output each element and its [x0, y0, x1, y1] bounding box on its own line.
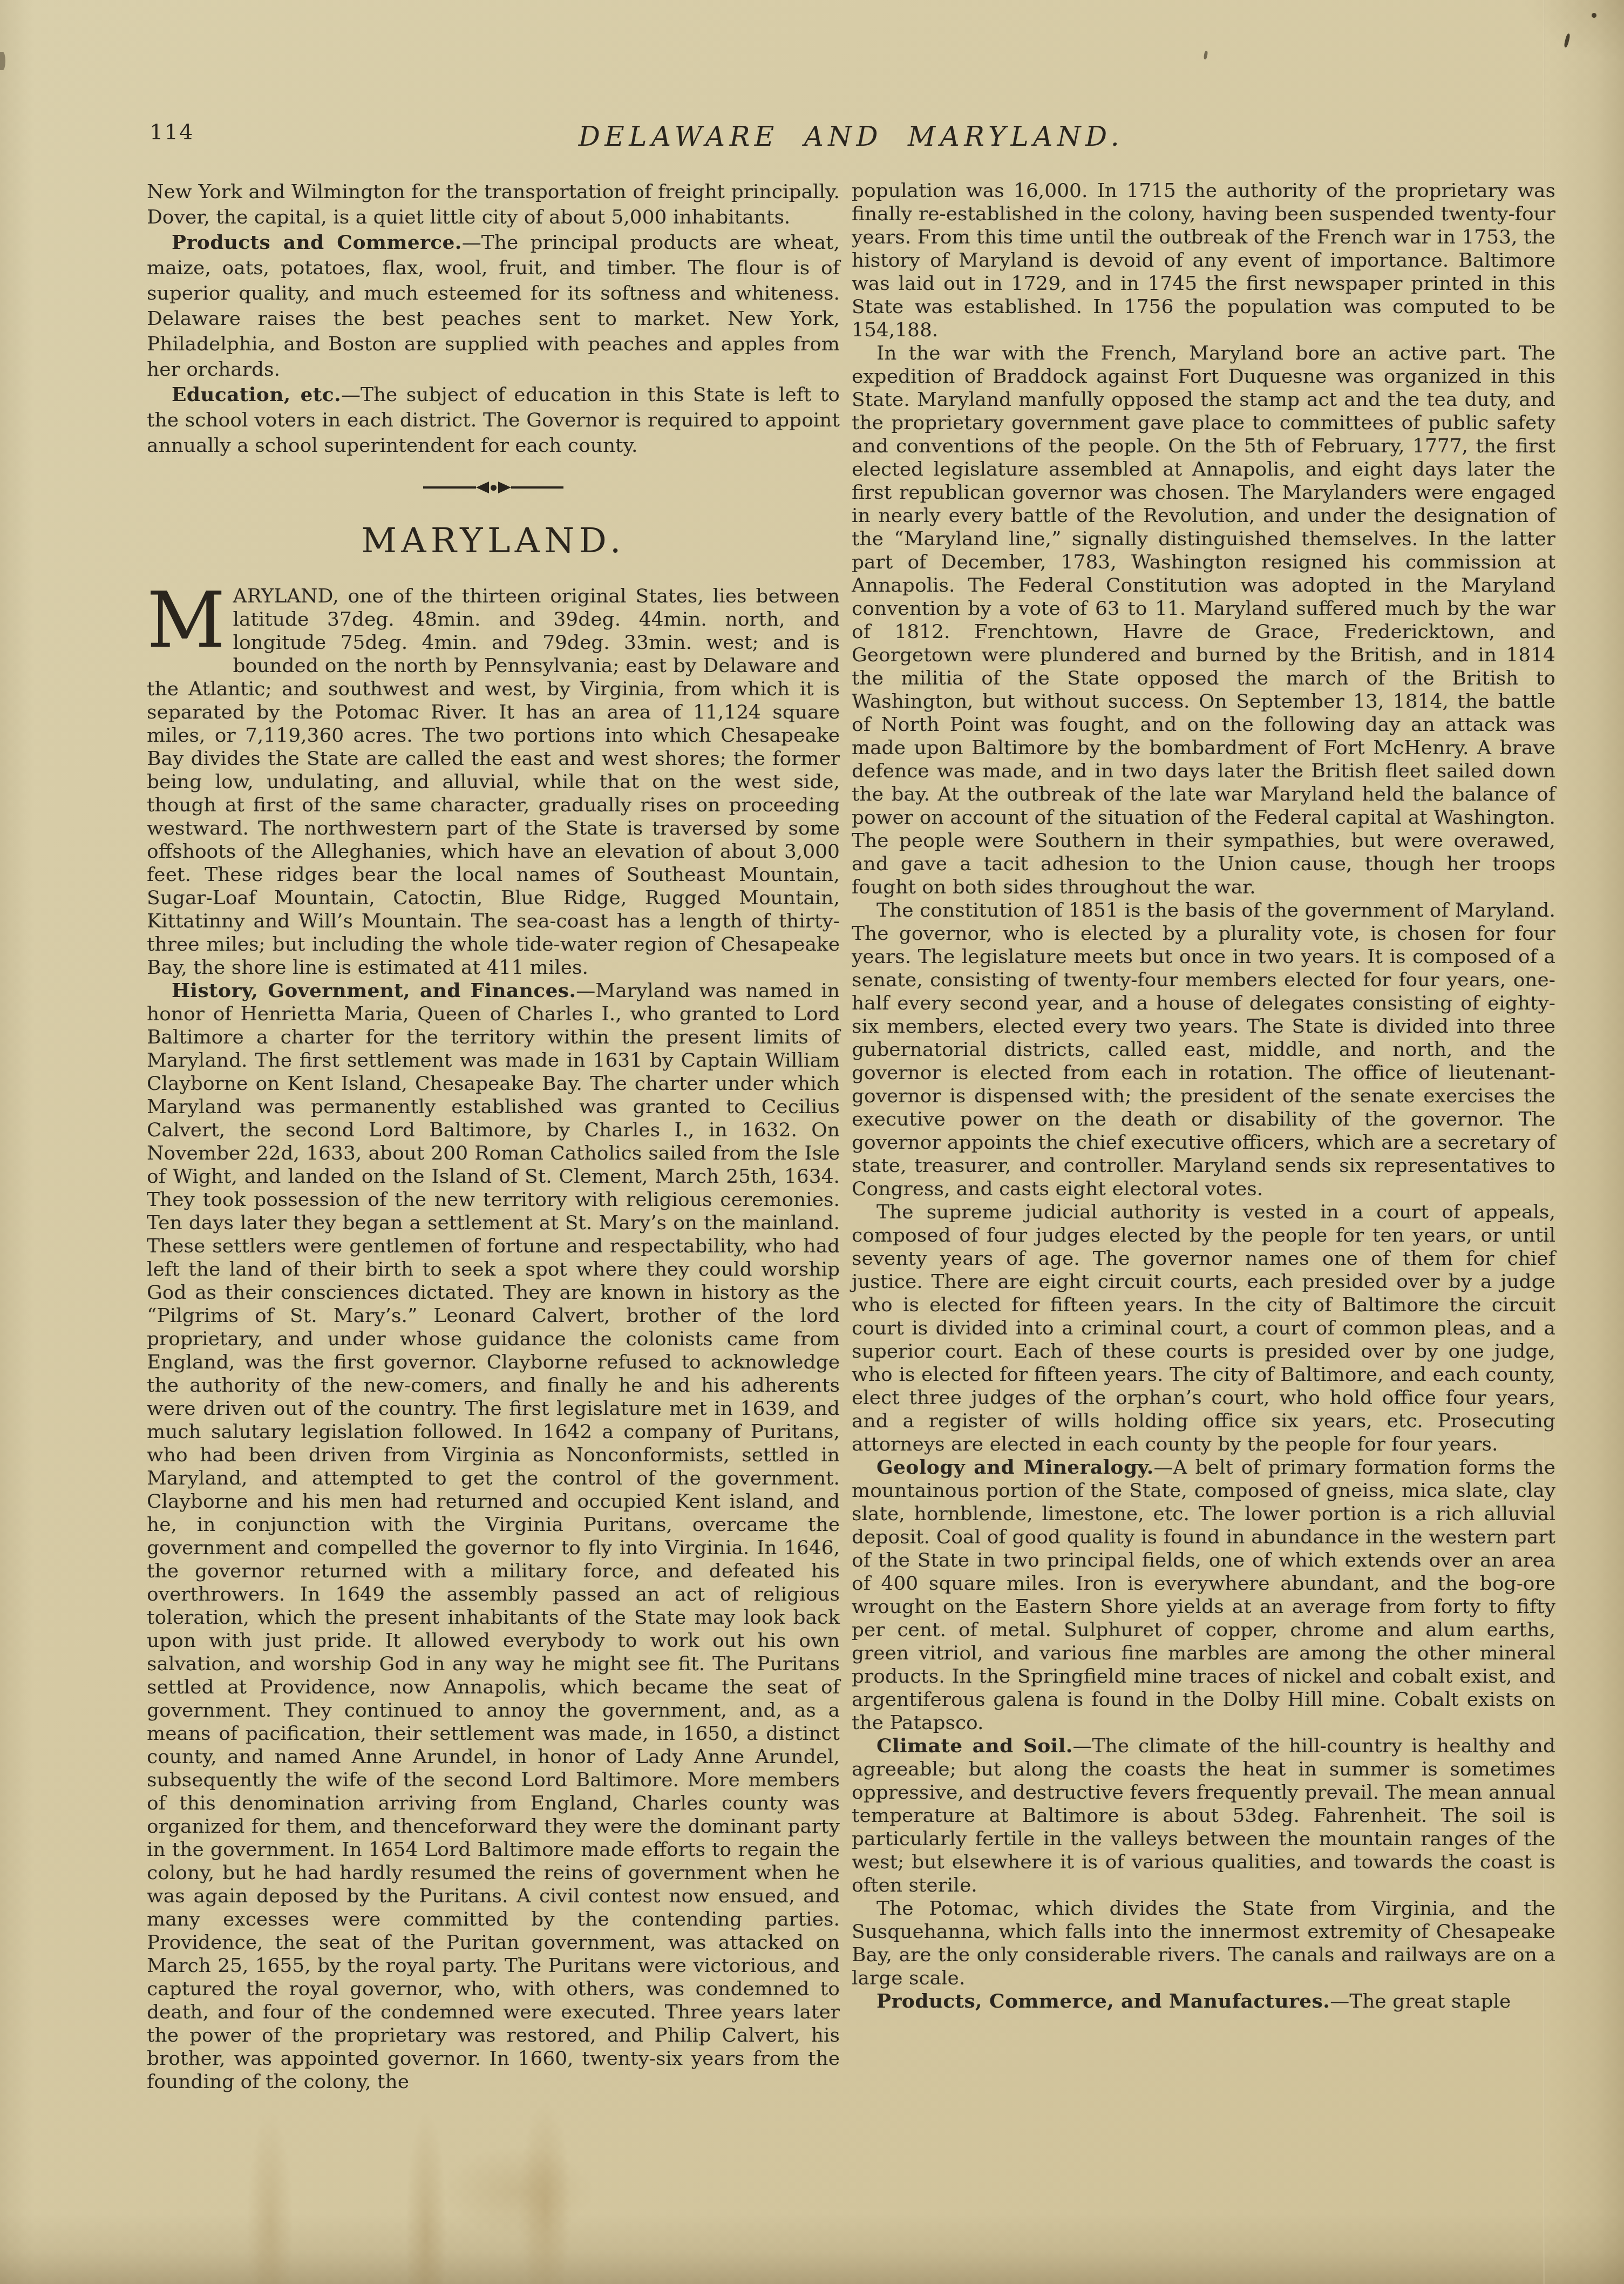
paragraph-with-dropcap: MARYLAND, one of the thirteen original S…	[147, 585, 840, 979]
paragraph: Geology and Mineralogy.—A belt of primar…	[852, 1456, 1555, 1734]
section-lead-climate-soil: Climate and Soil.	[876, 1734, 1073, 1757]
article-title-maryland: MARYLAND.	[147, 521, 840, 561]
paragraph: The Potomac, which divides the State fro…	[852, 1897, 1555, 1990]
paragraph: Products, Commerce, and Manufactures.—Th…	[852, 1990, 1555, 2013]
paragraph: Education, etc.—The subject of education…	[147, 382, 840, 458]
drop-cap: M	[147, 587, 225, 655]
divider-rule-left	[423, 486, 476, 489]
paragraph: The constitution of 1851 is the basis of…	[852, 899, 1555, 1201]
two-column-text-block: New York and Wilmington for the transpor…	[147, 179, 1555, 2093]
ornamental-divider	[423, 477, 563, 498]
divider-dot-icon	[491, 485, 497, 491]
divider-arrow-left-icon	[476, 482, 489, 493]
paragraph: population was 16,000. In 1715 the autho…	[852, 179, 1555, 342]
section-lead-history-government-finances: History, Government, and Finances.	[172, 979, 576, 1002]
section-lead-products-commerce-manufactures: Products, Commerce, and Manufactures.	[876, 1990, 1330, 2012]
scan-edge-artifact	[0, 52, 5, 70]
running-header-title: DELAWARE AND MARYLAND.	[147, 121, 1555, 152]
scanned-book-page: 114 DELAWARE AND MARYLAND. New York and …	[0, 0, 1624, 2284]
delaware-article-tail: New York and Wilmington for the transpor…	[147, 179, 840, 458]
right-column: population was 16,000. In 1715 the autho…	[852, 179, 1555, 2093]
section-lead-geology-mineralogy: Geology and Mineralogy.	[876, 1456, 1154, 1479]
maryland-article: MARYLAND, one of the thirteen original S…	[147, 585, 840, 2093]
ink-speck	[1564, 33, 1571, 48]
ink-speck	[1204, 51, 1208, 60]
paragraph: The supreme judicial authority is vested…	[852, 1201, 1555, 1456]
paragraph: Climate and Soil.—The climate of the hil…	[852, 1734, 1555, 1897]
divider-rule-right	[511, 486, 564, 489]
ink-speck	[1592, 13, 1596, 18]
paragraph: New York and Wilmington for the transpor…	[147, 179, 840, 230]
left-column: New York and Wilmington for the transpor…	[147, 179, 840, 2093]
section-lead-education: Education, etc.	[172, 383, 341, 406]
divider-arrow-right-icon	[498, 482, 511, 493]
paragraph: History, Government, and Finances.—Maryl…	[147, 979, 840, 2093]
paragraph: Products and Commerce.—The principal pro…	[147, 230, 840, 382]
paragraph: In the war with the French, Maryland bor…	[852, 342, 1555, 899]
section-lead-products-commerce: Products and Commerce.	[172, 231, 462, 254]
